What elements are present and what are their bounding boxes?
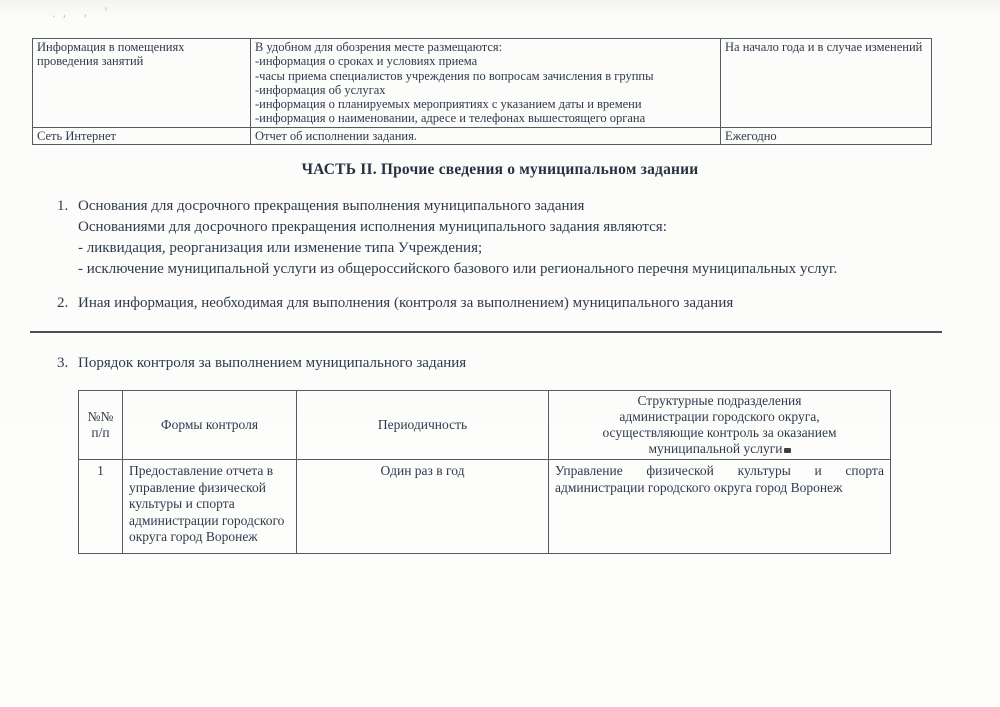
table-row: Сеть Интернет Отчет об исполнении задани… (33, 127, 932, 144)
table-row: Информация в помещениях проведения занят… (33, 39, 932, 128)
header-dept-line: Структурные подразделения (553, 393, 886, 409)
row-form-cell: Предоставление отчета в управление физич… (123, 460, 297, 554)
control-table: №№ п/п Формы контроля Периодичность Стру… (78, 390, 891, 554)
header-dept-line: муниципальной услуги (553, 441, 886, 457)
row-dept-cell: Управление физической культуры и спорта … (549, 460, 891, 554)
header-num-line: п/п (83, 425, 118, 441)
header-dept-text: муниципальной услуги (649, 441, 783, 456)
header-dept: Структурные подразделения администрации … (549, 391, 891, 460)
list-item-2: 2.Иная информация, необходимая для выпол… (57, 293, 942, 314)
header-dept-line: администрации городского округа, (553, 409, 886, 425)
header-num: №№ п/п (79, 391, 123, 460)
info-line: -информация о наименовании, адресе и тел… (255, 111, 715, 125)
item-text: Иная информация, необходимая для выполне… (78, 295, 733, 311)
info-line: -часы приема специалистов учреждения по … (255, 69, 715, 83)
info-line: -информация о планируемых мероприятиях с… (255, 97, 715, 111)
item-number: 1. (57, 196, 78, 217)
header-num-line: №№ (83, 409, 118, 425)
info-line: -информация о сроках и условиях приема (255, 54, 715, 68)
pencil-marks: ., , ' (52, 5, 115, 20)
info-composition-cell: В удобном для обозрения месте размещаютс… (251, 39, 721, 128)
item-line: - ликвидация, реорганизация или изменени… (78, 238, 942, 259)
row-num-cell: 1 (79, 460, 123, 554)
item-line: 2.Иная информация, необходимая для выпол… (57, 293, 942, 314)
row-period-cell: Один раз в год (297, 460, 549, 554)
list-item-1: 1.Основания для досрочного прекращения в… (57, 196, 942, 280)
item-text: Порядок контроля за выполнением муниципа… (78, 355, 466, 371)
info-frequency-cell: На начало года и в случае изменений (721, 39, 932, 128)
item-line: 3.Порядок контроля за выполнением муници… (57, 353, 942, 374)
scanned-document-page: ., , ' Информация в помещениях проведени… (0, 0, 1000, 707)
list-item-3: 3.Порядок контроля за выполнением муници… (57, 353, 942, 374)
header-period: Периодичность (297, 391, 549, 460)
item-line: - исключение муниципальной услуги из общ… (78, 259, 942, 280)
info-line: -информация об услугах (255, 83, 715, 97)
item-number: 2. (57, 293, 78, 314)
info-composition-cell: Отчет об исполнении задания. (251, 127, 721, 144)
item-number: 3. (57, 353, 78, 374)
ink-smudge (784, 448, 791, 453)
info-line: В удобном для обозрения месте размещаютс… (255, 40, 715, 54)
fill-in-rule (30, 331, 942, 333)
info-frequency-cell: Ежегодно (721, 127, 932, 144)
item-text: Основания для досрочного прекращения вып… (78, 198, 584, 214)
info-line: Отчет об исполнении задания. (255, 129, 715, 143)
page-title: ЧАСТЬ II. Прочие сведения о муниципально… (0, 161, 1000, 179)
item-line: 1.Основания для досрочного прекращения в… (57, 196, 942, 217)
info-method-cell: Сеть Интернет (33, 127, 251, 144)
table-row: 1 Предоставление отчета в управление физ… (79, 460, 891, 554)
header-dept-line: осуществляющие контроль за оказанием (553, 425, 886, 441)
table-header-row: №№ п/п Формы контроля Периодичность Стру… (79, 391, 891, 460)
item-line: Основаниями для досрочного прекращения и… (78, 217, 942, 238)
header-forms: Формы контроля (123, 391, 297, 460)
info-placement-table: Информация в помещениях проведения занят… (32, 38, 932, 145)
info-method-cell: Информация в помещениях проведения занят… (33, 39, 251, 128)
